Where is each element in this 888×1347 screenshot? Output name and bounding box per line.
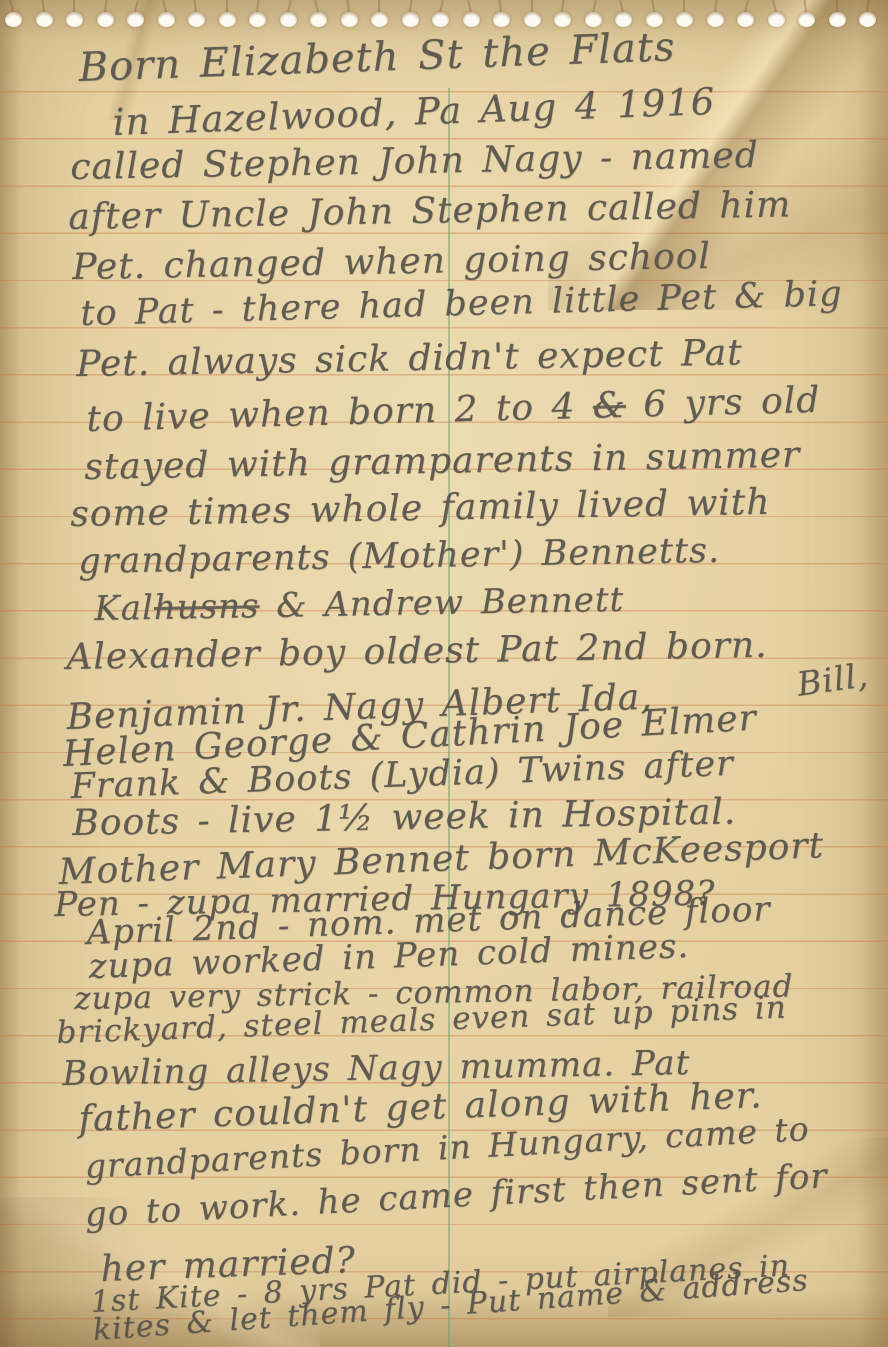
spiral-hole <box>585 12 602 27</box>
notebook-page: Born Elizabeth St the Flatsin Hazelwood,… <box>0 0 888 1347</box>
text-segment: Bill, <box>795 655 871 704</box>
text-segment: after Uncle John Stephen called him <box>68 184 792 238</box>
text-segment: 6 yrs old <box>625 380 821 426</box>
text-segment: Pet. always sick didn't expect Pat <box>76 332 743 385</box>
torn-paper-strand <box>162 0 167 12</box>
torn-paper-strand <box>378 0 380 12</box>
torn-paper-strand <box>226 0 228 12</box>
text-segment: stayed with gramparents in summer <box>84 435 801 488</box>
spiral-hole <box>66 12 83 27</box>
handwriting-line: to live when born 2 to 4 & 6 yrs old <box>86 383 821 438</box>
spiral-hole <box>188 12 205 27</box>
text-segment: in Hazelwood, Pa Aug 4 1916 <box>112 80 716 144</box>
torn-paper-strand <box>683 0 685 12</box>
spiral-hole <box>371 12 388 27</box>
spiral-hole <box>5 12 22 27</box>
text-segment: & Andrew Bennett <box>259 580 624 626</box>
spiral-hole <box>707 12 724 27</box>
spiral-hole <box>402 12 419 27</box>
torn-paper-strand <box>651 0 654 12</box>
torn-paper-strand <box>561 0 564 12</box>
torn-paper-strand <box>619 0 624 12</box>
torn-paper-strand <box>9 0 14 12</box>
spiral-hole <box>798 12 815 27</box>
torn-paper-strand <box>314 0 319 12</box>
handwriting-line: Pet. changed when going school <box>72 239 711 286</box>
spiral-hole <box>127 12 144 27</box>
spiral-hole <box>219 12 236 27</box>
torn-paper-strand <box>804 0 807 12</box>
handwriting-line: Kalhusns & Andrew Bennett <box>94 583 624 626</box>
torn-paper-strand <box>499 0 502 12</box>
torn-paper-strand <box>73 0 75 12</box>
torn-paper-strand <box>41 0 44 12</box>
handwriting-line: Pet. always sick didn't expect Pat <box>76 335 743 383</box>
torn-paper-strand <box>531 0 533 12</box>
torn-paper-strand <box>287 0 292 12</box>
handwriting-line: some times whole family lived with <box>70 485 771 533</box>
handwriting-line: called Stephen John Nagy - named <box>70 138 759 186</box>
spiral-hole <box>97 12 114 27</box>
torn-paper-strand <box>744 0 749 12</box>
handwriting-line: in Hazelwood, Pa Aug 4 1916 <box>112 83 716 141</box>
spiral-hole <box>524 12 541 27</box>
handwriting-line: after Uncle John Stephen called him <box>68 187 791 236</box>
text-segment: grandparents (Mother') Bennetts. <box>78 531 720 582</box>
torn-paper-strand <box>346 0 349 12</box>
torn-paper-strand <box>772 0 777 12</box>
spiral-hole <box>554 12 571 27</box>
spiral-hole <box>158 12 175 27</box>
torn-paper-strand <box>256 0 259 12</box>
torn-paper-strand <box>714 0 717 12</box>
struck-text: husns <box>153 586 259 628</box>
torn-paper-strand <box>439 0 444 12</box>
torn-paper-strand <box>194 0 197 12</box>
spiral-hole <box>859 12 876 27</box>
spiral-hole <box>676 12 693 27</box>
spiral-hole <box>737 12 754 27</box>
spiral-hole <box>493 12 510 27</box>
text-segment: to live when born 2 to 4 <box>86 386 593 440</box>
torn-paper-strand <box>592 0 597 12</box>
torn-paper-strand <box>836 0 838 12</box>
torn-paper-strand <box>409 0 412 12</box>
torn-paper-strand <box>134 0 139 12</box>
torn-paper-strand <box>866 0 869 12</box>
text-segment: called Stephen John Nagy - named <box>70 135 759 188</box>
spiral-hole <box>310 12 327 27</box>
torn-paper-strand <box>467 0 472 12</box>
spiral-hole <box>432 12 449 27</box>
text-segment: Alexander boy oldest Pat 2nd born. <box>66 625 768 678</box>
handwriting-line: grandparents (Mother') Bennetts. <box>78 534 720 580</box>
handwriting-line: stayed with gramparents in summer <box>84 438 801 486</box>
text-segment: Kal <box>94 588 154 629</box>
handwriting-line: Bill, <box>795 658 870 701</box>
handwriting-line: Alexander boy oldest Pat 2nd born. <box>66 628 768 676</box>
spiral-hole <box>463 12 480 27</box>
spiral-hole <box>829 12 846 27</box>
spiral-hole <box>341 12 358 27</box>
spiral-hole <box>36 12 53 27</box>
struck-text: & <box>592 385 626 427</box>
spiral-hole <box>768 12 785 27</box>
spiral-hole <box>249 12 266 27</box>
torn-paper-strand <box>104 0 107 12</box>
spiral-hole <box>280 12 297 27</box>
text-segment: some times whole family lived with <box>70 482 771 535</box>
